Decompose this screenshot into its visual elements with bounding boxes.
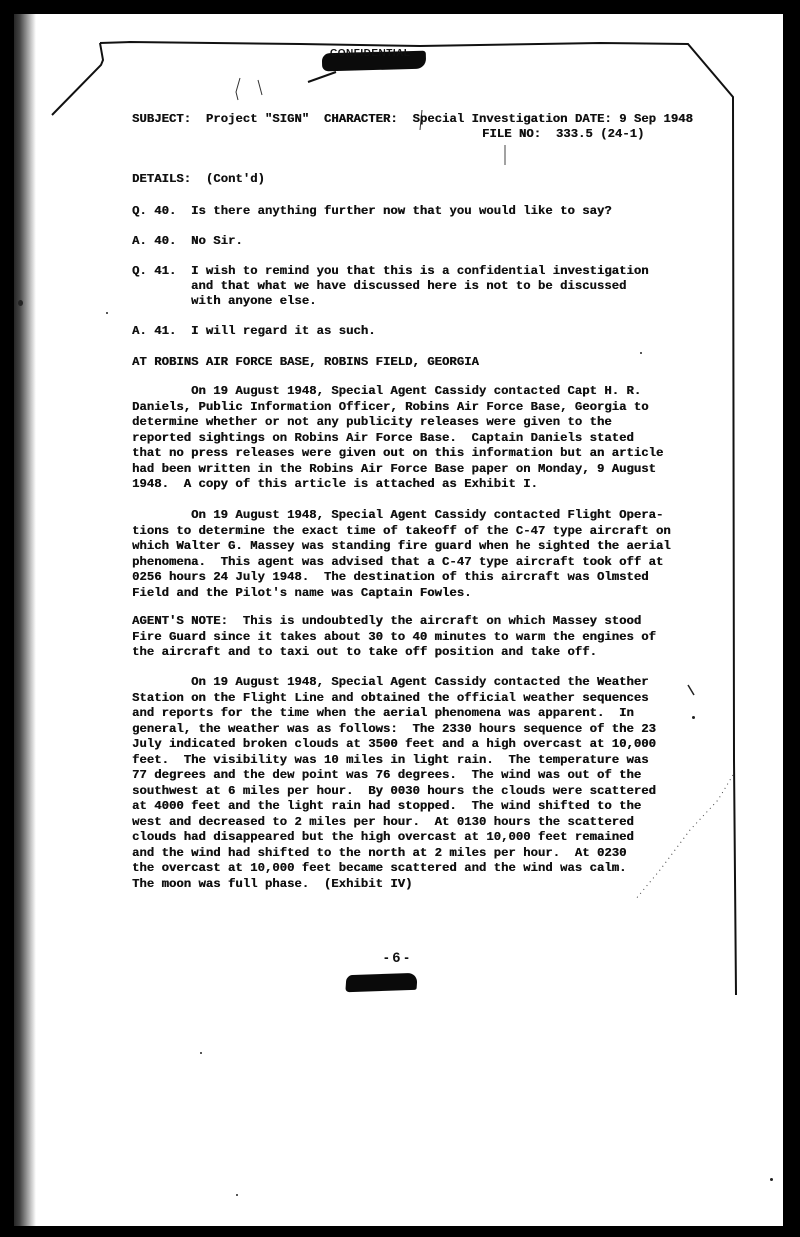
character-value: Special Investigation <box>412 112 567 126</box>
paragraph-line: On 19 August 1948, Special Agent Cassidy… <box>132 384 641 400</box>
paragraph-line: AGENT'S NOTE: This is undoubtedly the ai… <box>132 614 641 630</box>
paragraph-line: determine whether or not any publicity r… <box>132 415 612 431</box>
scan-speck <box>692 716 695 719</box>
paragraph-line: July indicated broken clouds at 3500 fee… <box>132 737 656 753</box>
paragraph-line: the overcast at 10,000 feet became scatt… <box>132 861 626 877</box>
date-label: DATE: <box>575 112 612 126</box>
section-heading: AT ROBINS AIR FORCE BASE, ROBINS FIELD, … <box>132 355 479 371</box>
paragraph-line: Station on the Flight Line and obtained … <box>132 691 649 707</box>
qa-item: Q. 40. Is there anything further now tha… <box>132 204 612 220</box>
qa-item: Q. 41. I wish to remind you that this is… <box>132 264 649 280</box>
subject-label: SUBJECT: <box>132 112 191 126</box>
paragraph-line: had been written in the Robins Air Force… <box>132 462 656 478</box>
qa-text: No Sir. <box>191 234 243 248</box>
qa-id: A. 40. <box>132 234 176 248</box>
paragraph-line: southwest at 6 miles per hour. By 0030 h… <box>132 784 656 800</box>
page-number: - 6 - <box>384 949 409 965</box>
details-label: DETAILS: <box>132 172 191 186</box>
paragraph-line: at 4000 feet and the light rain had stop… <box>132 799 641 815</box>
scan-speck <box>18 300 23 306</box>
file-number-line: FILE NO: 333.5 (24-1) <box>482 127 644 143</box>
paragraph-line: 0256 hours 24 July 1948. The destination… <box>132 570 649 586</box>
qa-id: A. 41. <box>132 324 176 338</box>
paragraph-line: phenomena. This agent was advised that a… <box>132 555 663 571</box>
paragraph-line: which Walter G. Massey was standing fire… <box>132 539 671 555</box>
character-label: CHARACTER: <box>324 112 398 126</box>
qa-id: Q. 41. <box>132 264 176 278</box>
classification-stamp-bottom <box>345 973 417 992</box>
qa-text: I wish to remind you that this is a conf… <box>191 264 649 278</box>
paragraph-line: clouds had disappeared but the high over… <box>132 830 634 846</box>
scan-speck <box>640 352 642 354</box>
paragraph-line: On 19 August 1948, Special Agent Cassidy… <box>132 508 663 524</box>
subject-value: Project "SIGN" <box>206 112 309 126</box>
file-label: FILE NO: <box>482 127 541 141</box>
scan-speck <box>770 1178 773 1181</box>
paragraph-line: the aircraft and to taxi out to take off… <box>132 645 597 661</box>
paragraph-line: reported sightings on Robins Air Force B… <box>132 431 634 447</box>
paragraph-line: Daniels, Public Information Officer, Rob… <box>132 400 649 416</box>
paragraph-line: Fire Guard since it takes about 30 to 40… <box>132 630 656 646</box>
file-value: 333.5 (24-1) <box>556 127 645 141</box>
paragraph-line: that no press releases were given out on… <box>132 446 663 462</box>
scan-speck <box>236 1194 238 1196</box>
paragraph-line: feet. The visibility was 10 miles in lig… <box>132 753 649 769</box>
scan-speck <box>200 1052 202 1054</box>
scan-edge-shadow <box>14 14 36 1226</box>
date-value: 9 Sep 1948 <box>619 112 693 126</box>
classification-stamp-top-text: CONFIDENTIAL <box>330 48 410 59</box>
paragraph-line: west and decreased to 2 miles per hour. … <box>132 815 634 831</box>
scan-speck <box>106 312 108 314</box>
qa-id: Q. 40. <box>132 204 176 218</box>
paragraph-line: and the wind had shifted to the north at… <box>132 846 626 862</box>
qa-text-continuation: with anyone else. <box>191 294 316 310</box>
paragraph-line: 1948. A copy of this article is attached… <box>132 477 538 493</box>
details-value: (Cont'd) <box>206 172 265 186</box>
qa-item: A. 41. I will regard it as such. <box>132 324 376 340</box>
paragraph-line: Field and the Pilot's name was Captain F… <box>132 586 471 602</box>
paragraph-line: The moon was full phase. (Exhibit IV) <box>132 877 412 893</box>
qa-item: A. 40. No Sir. <box>132 234 243 250</box>
paragraph-line: tions to determine the exact time of tak… <box>132 524 671 540</box>
paragraph-line: 77 degrees and the dew point was 76 degr… <box>132 768 641 784</box>
paragraph-line: On 19 August 1948, Special Agent Cassidy… <box>132 675 649 691</box>
qa-text-continuation: and that what we have discussed here is … <box>191 279 626 295</box>
details-line: DETAILS: (Cont'd) <box>132 172 265 188</box>
subject-line: SUBJECT: Project "SIGN" CHARACTER: Speci… <box>132 112 693 128</box>
paragraph-line: general, the weather was as follows: The… <box>132 722 656 738</box>
qa-text: Is there anything further now that you w… <box>191 204 612 218</box>
paragraph-line: and reports for the time when the aerial… <box>132 706 634 722</box>
qa-text: I will regard it as such. <box>191 324 375 338</box>
